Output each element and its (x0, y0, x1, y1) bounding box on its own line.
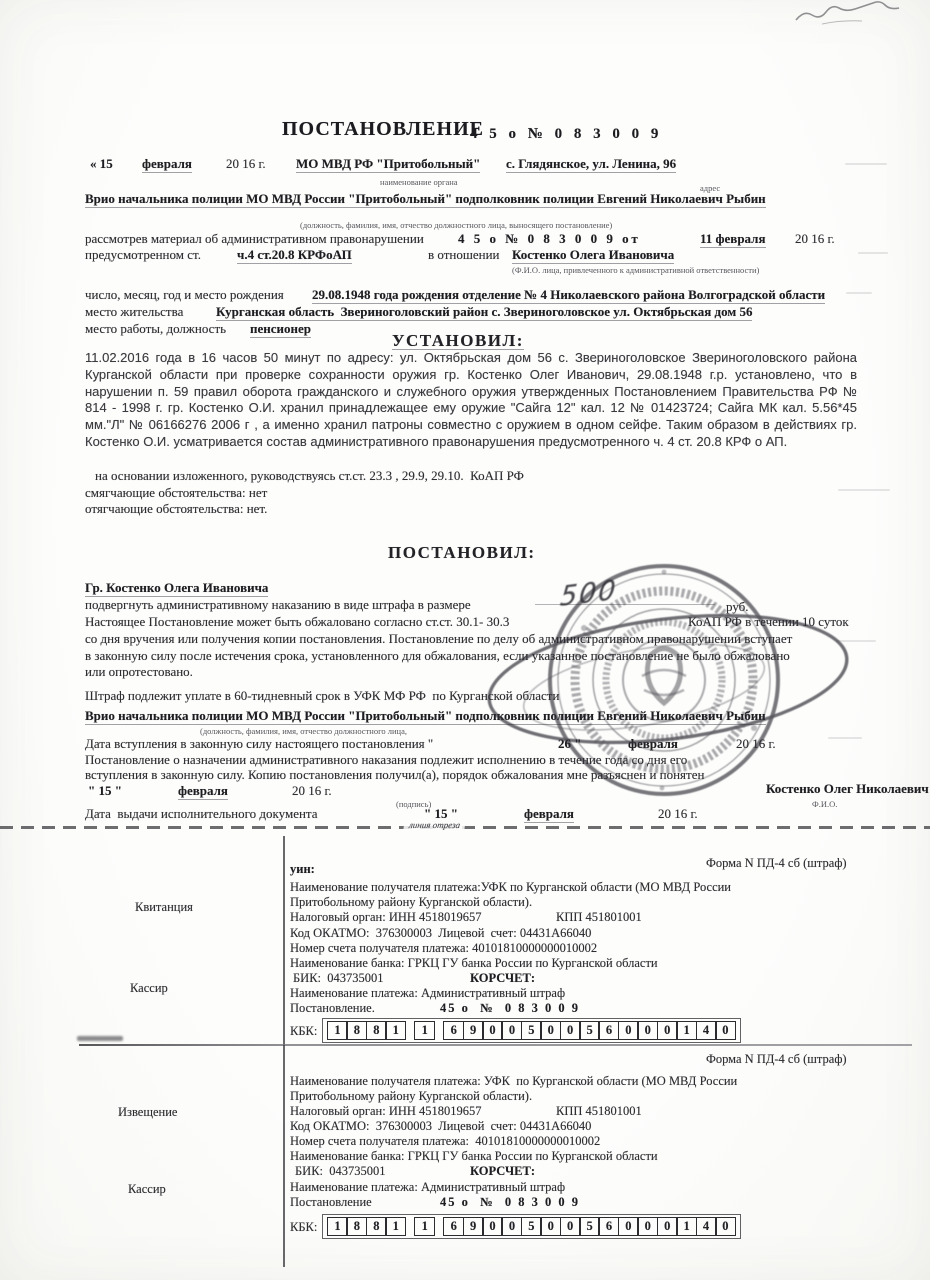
receipt-account: Номер счета получателя платежа: 40101810… (290, 1134, 600, 1149)
receipt-kpp: КПП 451801001 (556, 910, 642, 925)
doc-number: 4 5 о № 0 8 3 0 0 9 (470, 127, 662, 142)
header-day: « 15 (90, 156, 113, 171)
receipt-resolution-number: 45 о № 0 8 3 0 0 9 (440, 1195, 580, 1210)
kbk-digit-cell: 8 (346, 1021, 367, 1040)
kbk-digit-cell: 0 (560, 1021, 581, 1040)
kbk-digit-cell: 6 (443, 1217, 464, 1236)
residence-label: место жительства (85, 304, 183, 319)
case-person: Костенко Олега Ивановича (512, 247, 674, 264)
issue-day: " 15 " (424, 806, 458, 821)
case-regarding-label: в отношении (428, 247, 500, 262)
kbk-digit-cell: 9 (463, 1217, 484, 1236)
kbk-digit-cell: 0 (637, 1217, 658, 1236)
receipt-tax-org: Налоговый орган: ИНН 4518019657 (290, 910, 482, 925)
kbk-digit-cell: 0 (501, 1217, 522, 1236)
established-body: 11.02.2016 года в 16 часов 50 минут по а… (85, 350, 857, 451)
work-value: пенсионер (250, 321, 311, 338)
header-org: МО МВД РФ "Притобольный" (296, 156, 480, 173)
kbk-digit-cell: 4 (696, 1217, 717, 1236)
copy-month: февраля (178, 783, 228, 800)
kbk-digit-cell: 5 (579, 1217, 600, 1236)
established-heading: УСТАНОВИЛ: (392, 333, 524, 350)
receipt-kbk-boxes: 18811690050056000140 (322, 1214, 741, 1239)
kbk-digit-cell: 5 (521, 1217, 542, 1236)
scan-noise (838, 489, 890, 491)
receipt-kbk-boxes: 18811690050056000140 (322, 1018, 741, 1043)
scan-noise (858, 252, 888, 254)
receipt-kbk-label: КБК: (290, 1220, 317, 1235)
work-label: место работы, должность (85, 321, 226, 336)
receipt-bank: Наименование банка: ГРКЦ ГУ банка России… (290, 956, 658, 971)
case-reviewed-label: рассмотрев материал об административном … (85, 231, 424, 246)
case-date-day: 11 февраля (700, 231, 766, 248)
doc-title: ПОСТАНОВЛЕНИЕ (282, 122, 484, 137)
kbk-digit-cell: 4 (696, 1021, 717, 1040)
official-stamp (492, 558, 848, 806)
issue-month: февраля (524, 806, 574, 823)
issue-year: 20 16 г. (658, 806, 698, 821)
kbk-digit-cell: 6 (443, 1021, 464, 1040)
copy-day: " 15 " (88, 783, 122, 798)
case-number: 4 5 о № 0 8 3 0 0 9 от (458, 231, 641, 246)
receipt-recipient-line: Наименование получателя платежа:УФК по К… (290, 880, 731, 895)
case-article-label: предусмотренном ст. (85, 247, 201, 262)
receipt-bank: Наименование банка: ГРКЦ ГУ банка России… (290, 1149, 658, 1164)
kbk-digit-cell: 0 (618, 1217, 639, 1236)
appeal-line-1a: Настоящее Постановление может быть обжал… (85, 614, 509, 629)
header-month: февраля (142, 156, 192, 173)
effective-label: Дата вступления в законную силу настояще… (85, 736, 433, 751)
receipt-okatmo: Код ОКАТМО: 376300003 Лицевой счет: 0443… (290, 1119, 591, 1134)
receipt-payment-name: Наименование платежа: Административный ш… (290, 1180, 565, 1195)
receipt-separator-line (79, 1044, 912, 1046)
scanned-document-page: ПОСТАНОВЛЕНИЕ 4 5 о № 0 8 3 0 0 9 « 15 ф… (0, 0, 930, 1280)
receipt-form-label: Форма N ПД-4 сб (штраф) (706, 856, 847, 871)
kbk-digit-cell: 6 (598, 1217, 619, 1236)
header-org-caption: наименование органа (380, 175, 458, 190)
kbk-digit-cell: 8 (366, 1021, 387, 1040)
receipt-form-label: Форма N ПД-4 сб (штраф) (706, 1052, 847, 1067)
kbk-digit-cell: 6 (598, 1021, 619, 1040)
cut-line-label: линия отреза (403, 820, 466, 830)
receipt-resolution-label: Постановление (290, 1195, 372, 1210)
kbk-digit-cell: 8 (366, 1217, 387, 1236)
kbk-digit-cell: 1 (385, 1217, 406, 1236)
scan-smudge (77, 1036, 123, 1041)
receipt-divider-line (283, 836, 285, 1045)
receipt-account: Номер счета получателя платежа: 40101810… (290, 941, 597, 956)
receipt-recipient-line: Притобольному району Курганской области)… (290, 1089, 532, 1104)
kbk-digit-cell: 9 (463, 1021, 484, 1040)
penalty-lead: подвергнуть административному наказанию … (85, 597, 471, 612)
kbk-digit-cell: 0 (657, 1021, 678, 1040)
copy-year: 20 16 г. (292, 783, 332, 798)
kbk-digit-cell: 0 (715, 1217, 736, 1236)
kbk-digit-cell: 0 (715, 1021, 736, 1040)
appeal-line-4: или опротестовано. (85, 664, 193, 679)
kbk-digit-cell: 5 (579, 1021, 600, 1040)
receipt-bik: БИК: 043735001 (293, 971, 384, 986)
case-date-year: 20 16 г. (795, 231, 835, 246)
header-address: с. Глядянское, ул. Ленина, 96 (506, 156, 676, 173)
kbk-digit-cell: 0 (501, 1021, 522, 1040)
scan-noise (828, 737, 862, 739)
case-article: ч.4 ст.20.8 КРФоАП (237, 247, 352, 264)
receipt-recipient-line: Притобольному району Курганской области)… (290, 895, 532, 910)
kbk-digit-cell: 0 (482, 1021, 503, 1040)
scan-noise (845, 163, 887, 165)
issue-label: Дата выдачи исполнительного документа (85, 806, 318, 821)
kbk-digit-cell: 1 (414, 1217, 435, 1236)
kbk-digit-cell: 0 (540, 1217, 561, 1236)
kbk-digit-cell: 0 (637, 1021, 658, 1040)
kbk-digit-cell: 0 (540, 1021, 561, 1040)
receipt-cashier-label: Кассир (130, 981, 168, 996)
resolved-person: Гр. Костенко Олега Ивановича (85, 580, 268, 597)
kbk-digit-cell: 0 (482, 1217, 503, 1236)
receipt-korschet: КОРСЧЕТ: (470, 971, 535, 986)
kbk-digit-cell: 1 (414, 1021, 435, 1040)
aggravating-line: отягчающие обстоятельства: нет. (85, 501, 267, 516)
kbk-digit-cell: 1 (327, 1217, 348, 1236)
receipt-bik: БИК: 043735001 (295, 1164, 386, 1179)
kbk-digit-cell: 1 (676, 1021, 697, 1040)
handwritten-scribble (792, 2, 922, 30)
receipt-uin-label: уин: (290, 862, 315, 877)
birth-label: число, месяц, год и место рождения (85, 287, 284, 302)
case-person-caption: (Ф.И.О. лица, привлеченного к администра… (512, 263, 759, 278)
scan-noise (836, 640, 876, 642)
residence-value: Курганская область Звериноголовский райо… (216, 304, 752, 321)
kbk-digit-cell: 0 (618, 1021, 639, 1040)
kbk-digit-cell: 1 (385, 1021, 406, 1040)
legal-basis: на основании изложенного, руководствуясь… (95, 468, 524, 483)
receipt-cashier-label: Кассир (128, 1182, 166, 1197)
receipt-resolution-number: 45 о № 0 8 3 0 0 9 (440, 1001, 580, 1016)
header-official: Врио начальника полиции МО МВД России "П… (85, 191, 766, 208)
receipt-stub-label: Извещение (118, 1105, 177, 1120)
receipt-kbk-label: КБК: (290, 1024, 317, 1039)
receipt-stub-label: Квитанция (135, 900, 193, 915)
mitigating-line: смягчающие обстоятельства: нет (85, 485, 267, 500)
kbk-digit-cell: 1 (676, 1217, 697, 1236)
receipt-resolution-label: Постановление. (290, 1001, 375, 1016)
receipt-tax-org: Налоговый орган: ИНН 4518019657 (290, 1104, 482, 1119)
header-year: 20 16 г. (226, 156, 266, 171)
kbk-digit-cell: 0 (657, 1217, 678, 1236)
receipt-divider-line (283, 1045, 285, 1267)
receipt-okatmo: Код ОКАТМО: 376300003 Лицевой счет: 0443… (290, 926, 591, 941)
receipt-payment-name: Наименование платежа: Административный ш… (290, 986, 565, 1001)
kbk-digit-cell: 8 (346, 1217, 367, 1236)
receipt-korschet: КОРСЧЕТ: (470, 1164, 535, 1179)
receipt-recipient-line: Наименование получателя платежа: УФК по … (290, 1074, 737, 1089)
receipt-kpp: КПП 451801001 (556, 1104, 642, 1119)
kbk-digit-cell: 5 (521, 1021, 542, 1040)
scan-noise (846, 292, 872, 294)
kbk-digit-cell: 1 (327, 1021, 348, 1040)
birth-value: 29.08.1948 года рождения отделение № 4 Н… (312, 287, 825, 304)
kbk-digit-cell: 0 (560, 1217, 581, 1236)
